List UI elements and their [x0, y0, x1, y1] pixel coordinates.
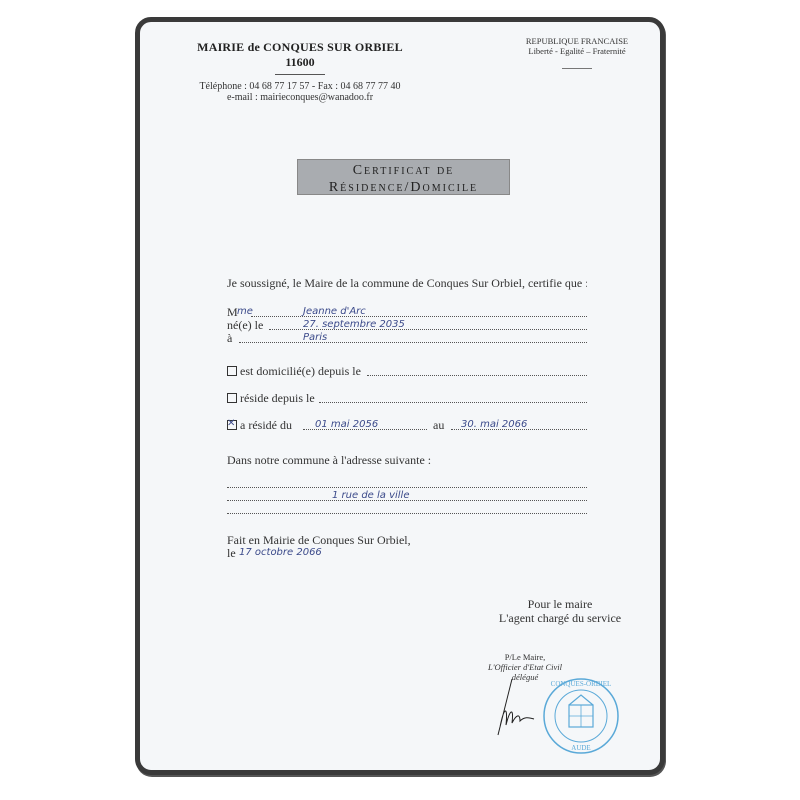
- mairie-name: MAIRIE de CONQUES SUR ORBIEL: [140, 40, 460, 55]
- option-domicile: est domicilié(e) depuis le: [227, 365, 587, 378]
- address-line-2: 1 rue de la ville: [227, 490, 587, 503]
- certificate-title: Certificat de Résidence/Domicile: [297, 159, 510, 195]
- birth-date-field: né(e) le 27. septembre 2035: [227, 319, 587, 332]
- checkbox-reside[interactable]: [227, 393, 237, 403]
- date-value: 17 octobre 2066: [239, 547, 322, 559]
- name-field: Mme Jeanne d'Arc: [227, 306, 587, 319]
- checkbox-resided[interactable]: [227, 420, 237, 430]
- email-line: e-mail : mairieconques@wanadoo.fr: [140, 92, 460, 103]
- motto: Liberté - Egalité – Fraternité: [502, 46, 652, 56]
- officer-line-1: P/Le Maire,: [465, 652, 585, 662]
- republic-header: REPUBLIQUE FRANCAISE Liberté - Egalité –…: [502, 36, 652, 69]
- address-line-3: [227, 503, 587, 516]
- address-label: Dans notre commune à l'adresse suivante …: [227, 454, 587, 467]
- mairie-header: MAIRIE de CONQUES SUR ORBIEL 11600 Télép…: [140, 40, 460, 103]
- birthplace-field: à Paris: [227, 332, 587, 345]
- title-line-1: Certificat de: [298, 162, 509, 179]
- date-field: le 17 octobre 2066: [227, 547, 587, 560]
- officer-line-2: L'Officier d'Etat Civil: [465, 662, 585, 672]
- option-reside-label: réside depuis le: [240, 392, 315, 405]
- date-label: le: [227, 547, 236, 560]
- address-dots-3: [227, 513, 587, 514]
- phone-line: Téléphone : 04 68 77 17 57 - Fax : 04 68…: [140, 81, 460, 92]
- stamp-bottom-text: AUDE: [542, 744, 620, 752]
- birthplace-label: à: [227, 332, 232, 345]
- signature-icon: [490, 677, 540, 737]
- header-divider: [275, 74, 325, 75]
- address-line-1: [227, 477, 587, 490]
- address-dots-1: [227, 487, 587, 488]
- option-reside: réside depuis le: [227, 392, 587, 405]
- document-page: MAIRIE de CONQUES SUR ORBIEL 11600 Télép…: [135, 17, 665, 775]
- birthplace-dots: [239, 342, 587, 343]
- resided-from-value: 01 mai 2056: [315, 419, 378, 431]
- for-mayor: Pour le maire: [490, 597, 630, 611]
- birthplace-value: Paris: [303, 332, 327, 344]
- resided-to-value: 30. mai 2066: [461, 419, 527, 431]
- stamp-top-text: CONQUES-ORBIEL: [542, 680, 620, 688]
- republic-divider: [562, 68, 592, 69]
- birth-value: 27. septembre 2035: [303, 319, 405, 331]
- address-value: 1 rue de la ville: [332, 490, 410, 502]
- made-at: Fait en Mairie de Conques Sur Orbiel,: [227, 534, 587, 547]
- domicile-dots: [367, 375, 587, 376]
- checkbox-domicile[interactable]: [227, 366, 237, 376]
- resided-to-label: au: [433, 419, 444, 432]
- reside-dots: [319, 402, 587, 403]
- birth-label: né(e) le: [227, 319, 263, 332]
- option-resided-label: a résidé du: [240, 419, 292, 432]
- option-domicile-label: est domicilié(e) depuis le: [240, 365, 361, 378]
- intro-text: Je soussigné, le Maire de la commune de …: [227, 277, 587, 290]
- name-dots: [251, 316, 587, 317]
- postal-code: 11600: [140, 55, 460, 70]
- signature-block: Pour le maire L'agent chargé du service: [490, 597, 630, 625]
- option-resided: a résidé du 01 mai 2056 au 30. mai 2066: [227, 419, 587, 432]
- republic-label: REPUBLIQUE FRANCAISE: [502, 36, 652, 46]
- name-value: Jeanne d'Arc: [303, 306, 366, 318]
- agent-label: L'agent chargé du service: [490, 611, 630, 625]
- official-stamp: CONQUES-ORBIEL AUDE: [542, 677, 620, 755]
- title-line-2: Résidence/Domicile: [298, 179, 509, 196]
- certificate-body: Je soussigné, le Maire de la commune de …: [227, 277, 587, 560]
